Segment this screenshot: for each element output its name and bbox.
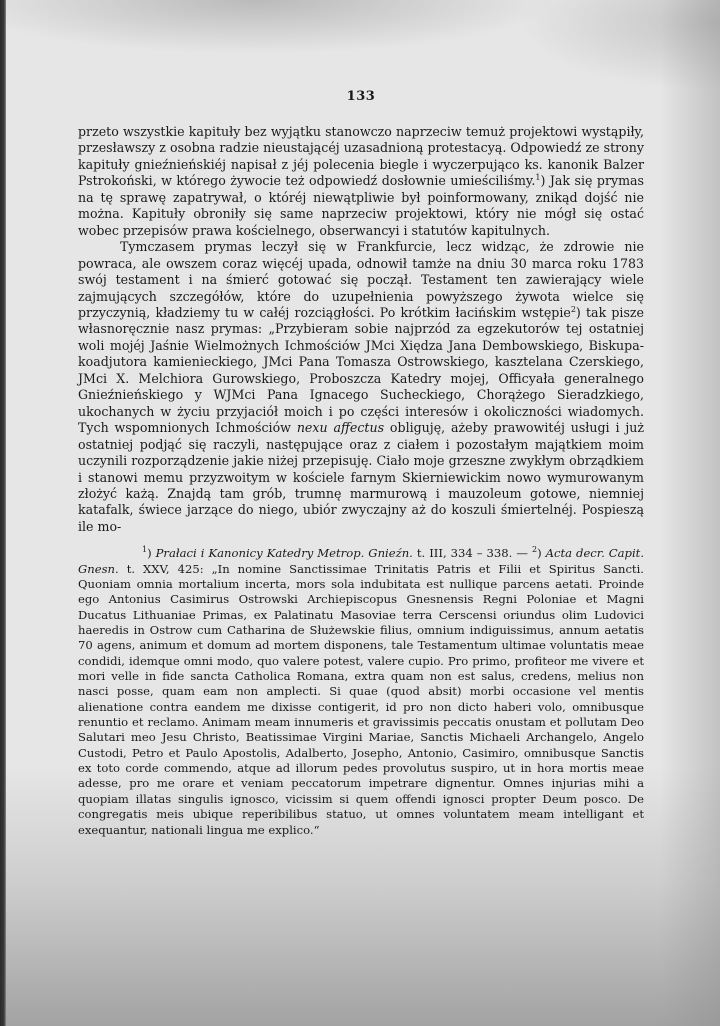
body-paragraph: przeto wszystkie kapituły bez wyjątku st… <box>78 124 644 239</box>
body-paragraph: Tymczasem prymas leczył się w Frankfurci… <box>78 239 644 535</box>
book-page: 133 przeto wszystkie kapituły bez wyjątk… <box>78 88 644 838</box>
italic-text: Prałaci i Kanonicy Katedry Metrop. Gnieź… <box>156 546 413 560</box>
body-text: przeto wszystkie kapituły bez wyjątku st… <box>78 124 644 535</box>
footnote: 1) Prałaci i Kanonicy Katedry Metrop. Gn… <box>78 546 644 838</box>
footnote-marker: 1 <box>535 173 540 182</box>
footnote-marker: 2 <box>532 545 537 554</box>
italic-text: nexu affectus <box>297 420 384 435</box>
footnotes: 1) Prałaci i Kanonicy Katedry Metrop. Gn… <box>78 546 644 838</box>
page-number: 133 <box>78 88 644 118</box>
footnote-marker: 1 <box>142 545 147 554</box>
footnote-marker: 2 <box>571 305 576 314</box>
